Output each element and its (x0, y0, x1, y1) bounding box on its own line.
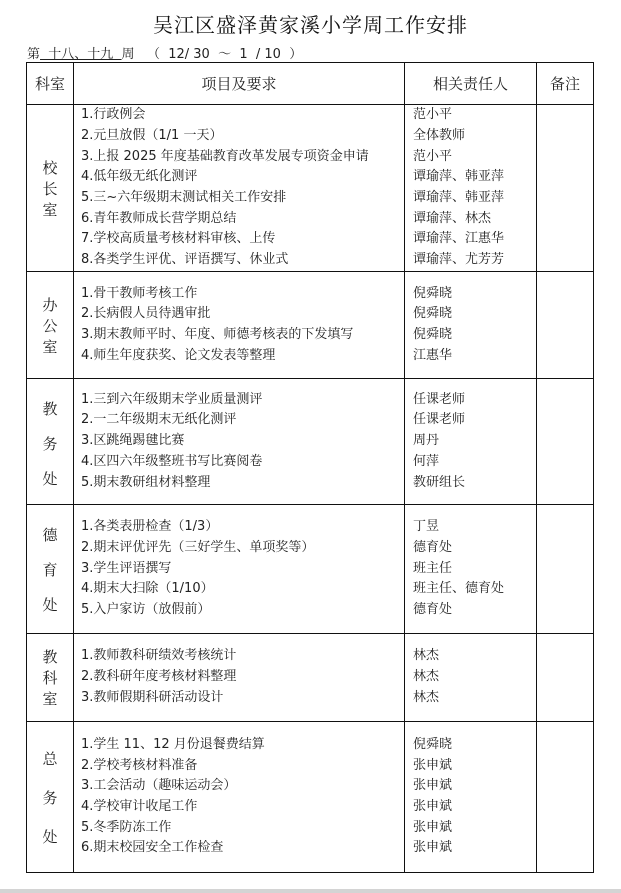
item: 1.学生 11、12 月份退餐费结算 (81, 735, 404, 756)
item: 7.学校高质量考核材料审核、上传 (81, 229, 404, 250)
dept-char: 处 (27, 826, 73, 847)
section-row-general-office: 办 公 室 1.骨干教师考核工作 2.长病假人员待遇审批 3.期末教师平时、年度… (27, 272, 594, 379)
item: 1.各类表册检查（1/3） (81, 517, 404, 538)
responsible: 丁昱 (413, 517, 536, 538)
dept-char: 公 (27, 315, 73, 336)
responsible: 周丹 (413, 431, 536, 452)
dept-cell: 德 育 处 (27, 505, 74, 634)
responsible: 谭瑜萍、尤芳芳 (413, 250, 536, 271)
item: 6.期末校园安全工作检查 (81, 838, 404, 859)
item: 2.期末评优评先（三好学生、单项奖等） (81, 538, 404, 559)
items-cell: 1.骨干教师考核工作 2.长病假人员待遇审批 3.期末教师平时、年度、师德考核表… (74, 272, 405, 379)
responsible: 任课老师 (413, 410, 536, 431)
responsible: 张申斌 (413, 818, 536, 839)
page-bottom-divider (0, 889, 621, 893)
responsible: 班主任、德育处 (413, 579, 536, 600)
responsible: 张申斌 (413, 797, 536, 818)
item: 2.长病假人员待遇审批 (81, 304, 404, 325)
responsible-cell: 倪舜晓 张申斌 张申斌 张申斌 张申斌 张申斌 (405, 722, 537, 873)
notes-cell (537, 272, 594, 379)
item: 3.区跳绳踢毽比赛 (81, 431, 404, 452)
items-cell: 1.行政例会 2.元旦放假（1/1 一天） 3.上报 2025 年度基础教育改革… (74, 105, 405, 272)
dept-char: 校 (27, 157, 73, 178)
week-prefix: 第 (27, 47, 40, 62)
responsible: 倪舜晓 (413, 284, 536, 305)
item: 4.区四六年级整班书写比赛阅卷 (81, 452, 404, 473)
responsible: 班主任 (413, 559, 536, 580)
notes-cell (537, 505, 594, 634)
notes-cell (537, 105, 594, 272)
responsible-cell: 倪舜晓 倪舜晓 倪舜晓 江惠华 (405, 272, 537, 379)
item: 3.期末教师平时、年度、师德考核表的下发填写 (81, 325, 404, 346)
responsible-cell: 丁昱 德育处 班主任 班主任、德育处 德育处 (405, 505, 537, 634)
item: 1.骨干教师考核工作 (81, 284, 404, 305)
items-cell: 1.各类表册检查（1/3） 2.期末评优评先（三好学生、单项奖等） 3.学生评语… (74, 505, 405, 634)
responsible: 张申斌 (413, 838, 536, 859)
item: 3.学生评语撰写 (81, 559, 404, 580)
responsible-cell: 任课老师 任课老师 周丹 何萍 教研组长 (405, 379, 537, 505)
week-suffix: 周 (122, 47, 135, 62)
dept-char: 长 (27, 178, 73, 199)
item: 5.入户家访（放假前） (81, 600, 404, 621)
responsible: 倪舜晓 (413, 735, 536, 756)
item: 5.冬季防冻工作 (81, 818, 404, 839)
responsible: 范小平 (413, 147, 536, 168)
dept-cell: 办 公 室 (27, 272, 74, 379)
item: 3.工会活动（趣味运动会） (81, 776, 404, 797)
notes-cell (537, 379, 594, 505)
week-line: 第 十八、十九 周 （ 12/ 30 ～ 1 / 10 ） (27, 43, 302, 62)
dept-char: 科 (27, 667, 73, 688)
dept-char: 务 (27, 433, 73, 454)
header-notes: 备注 (537, 63, 594, 105)
section-row-research-office: 教 科 室 1.教师教科研绩效考核统计 2.教科研年度考核材料整理 3.教师假期… (27, 634, 594, 722)
header-responsible: 相关责任人 (405, 63, 537, 105)
item: 4.低年级无纸化测评 (81, 167, 404, 188)
dept-char: 总 (27, 748, 73, 769)
dept-char: 处 (27, 594, 73, 615)
responsible: 张申斌 (413, 776, 536, 797)
item: 4.期末大扫除（1/10） (81, 579, 404, 600)
responsible: 谭瑜萍、韩亚萍 (413, 188, 536, 209)
schedule-table: 科室 项目及要求 相关责任人 备注 校 长 室 1.行政例会 2.元旦放假（1/… (26, 62, 594, 873)
responsible: 林杰 (413, 667, 536, 688)
dept-char: 室 (27, 688, 73, 709)
document-title: 吴江区盛泽黄家溪小学周工作安排 (0, 9, 621, 38)
section-row-moral-education: 德 育 处 1.各类表册检查（1/3） 2.期末评优评先（三好学生、单项奖等） … (27, 505, 594, 634)
dept-char: 教 (27, 398, 73, 419)
dept-char: 务 (27, 787, 73, 808)
dept-char: 育 (27, 559, 73, 580)
dept-char: 室 (27, 336, 73, 357)
item: 2.学校考核材料准备 (81, 756, 404, 777)
responsible: 林杰 (413, 688, 536, 709)
item: 8.各类学生评优、评语撰写、休业式 (81, 250, 404, 271)
responsible: 林杰 (413, 646, 536, 667)
responsible: 谭瑜萍、韩亚萍 (413, 167, 536, 188)
week-numbers: 十八、十九 (40, 47, 122, 62)
dept-char: 德 (27, 524, 73, 545)
item: 5.三~六年级期末测试相关工作安排 (81, 188, 404, 209)
responsible: 张申斌 (413, 756, 536, 777)
responsible: 任课老师 (413, 390, 536, 411)
notes-cell (537, 634, 594, 722)
responsible: 江惠华 (413, 346, 536, 367)
dept-char: 办 (27, 294, 73, 315)
responsible: 谭瑜萍、林杰 (413, 209, 536, 230)
responsible: 德育处 (413, 538, 536, 559)
responsible-cell: 范小平 全体教师 范小平 谭瑜萍、韩亚萍 谭瑜萍、韩亚萍 谭瑜萍、林杰 谭瑜萍、… (405, 105, 537, 272)
item: 3.教师假期科研活动设计 (81, 688, 404, 709)
responsible: 倪舜晓 (413, 325, 536, 346)
header-row: 科室 项目及要求 相关责任人 备注 (27, 63, 594, 105)
dept-cell: 校 长 室 (27, 105, 74, 272)
responsible: 倪舜晓 (413, 304, 536, 325)
items-cell: 1.教师教科研绩效考核统计 2.教科研年度考核材料整理 3.教师假期科研活动设计 (74, 634, 405, 722)
item: 4.师生年度获奖、论文发表等整理 (81, 346, 404, 367)
items-cell: 1.三到六年级期末学业质量测评 2.一二年级期末无纸化测评 3.区跳绳踢毽比赛 … (74, 379, 405, 505)
item: 2.一二年级期末无纸化测评 (81, 410, 404, 431)
responsible-cell: 林杰 林杰 林杰 (405, 634, 537, 722)
dept-char: 室 (27, 199, 73, 220)
notes-cell (537, 722, 594, 873)
header-dept: 科室 (27, 63, 74, 105)
item: 5.期末教研组材料整理 (81, 473, 404, 494)
responsible: 谭瑜萍、江惠华 (413, 229, 536, 250)
item: 3.上报 2025 年度基础教育改革发展专项资金申请 (81, 147, 404, 168)
dept-cell: 教 务 处 (27, 379, 74, 505)
section-row-academic-affairs: 教 务 处 1.三到六年级期末学业质量测评 2.一二年级期末无纸化测评 3.区跳… (27, 379, 594, 505)
responsible: 何萍 (413, 452, 536, 473)
date-range: （ 12/ 30 ～ 1 / 10 ） (135, 47, 303, 62)
dept-cell: 教 科 室 (27, 634, 74, 722)
item: 1.教师教科研绩效考核统计 (81, 646, 404, 667)
dept-char: 处 (27, 468, 73, 489)
items-cell: 1.学生 11、12 月份退餐费结算 2.学校考核材料准备 3.工会活动（趣味运… (74, 722, 405, 873)
dept-char: 教 (27, 646, 73, 667)
section-row-general-affairs: 总 务 处 1.学生 11、12 月份退餐费结算 2.学校考核材料准备 3.工会… (27, 722, 594, 873)
item: 1.三到六年级期末学业质量测评 (81, 390, 404, 411)
item: 4.学校审计收尾工作 (81, 797, 404, 818)
header-items: 项目及要求 (74, 63, 405, 105)
item: 2.元旦放假（1/1 一天） (81, 126, 404, 147)
responsible: 全体教师 (413, 126, 536, 147)
responsible: 教研组长 (413, 473, 536, 494)
responsible: 范小平 (413, 105, 536, 126)
item: 2.教科研年度考核材料整理 (81, 667, 404, 688)
dept-cell: 总 务 处 (27, 722, 74, 873)
item: 6.青年教师成长营学期总结 (81, 209, 404, 230)
item: 1.行政例会 (81, 105, 404, 126)
responsible: 德育处 (413, 600, 536, 621)
section-row-principal-office: 校 长 室 1.行政例会 2.元旦放假（1/1 一天） 3.上报 2025 年度… (27, 105, 594, 272)
